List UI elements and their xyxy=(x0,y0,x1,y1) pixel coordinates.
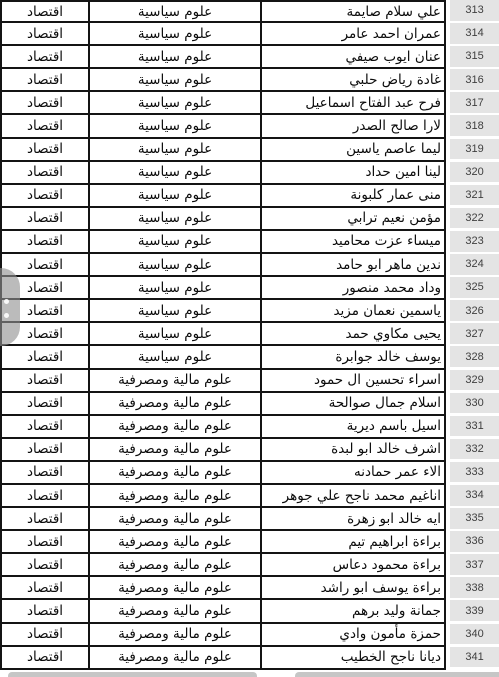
row-number-label: 334 xyxy=(450,485,499,506)
major-text: علوم مالية ومصرفية xyxy=(118,603,232,619)
major-text: علوم مالية ومصرفية xyxy=(118,395,232,411)
row-number-header[interactable]: 331 xyxy=(446,416,499,439)
student-name-text: مؤمن نعيم ترابي xyxy=(347,210,441,226)
major-cell[interactable]: علوم سياسية xyxy=(88,254,260,277)
major-text: علوم سياسية xyxy=(138,26,212,42)
major-cell[interactable]: علوم سياسية xyxy=(88,162,260,185)
row-number-header[interactable]: 318 xyxy=(446,115,499,138)
major-text: علوم مالية ومصرفية xyxy=(118,649,232,665)
major-text: علوم سياسية xyxy=(138,72,212,88)
student-name-text: ميساء عزت محاميد xyxy=(332,233,441,249)
faculty-cell[interactable]: اقتصاد xyxy=(0,46,88,69)
faculty-text: اقتصاد xyxy=(27,257,63,273)
faculty-text: اقتصاد xyxy=(27,233,63,249)
student-name-cell[interactable]: اسلام جمال صوالحة xyxy=(260,393,446,416)
drag-dot-icon xyxy=(4,313,9,318)
faculty-cell[interactable]: اقتصاد xyxy=(0,393,88,416)
row-number-header[interactable]: 320 xyxy=(446,162,499,185)
row-number-label: 341 xyxy=(450,647,499,668)
major-cell[interactable]: علوم سياسية xyxy=(88,323,260,346)
faculty-text: اقتصاد xyxy=(27,187,63,203)
student-name-text: الاء عمر حمادنه xyxy=(354,464,441,480)
faculty-text: اقتصاد xyxy=(27,141,63,157)
student-name-cell[interactable]: مؤمن نعيم ترابي xyxy=(260,208,446,231)
faculty-text: اقتصاد xyxy=(27,511,63,527)
student-name-cell[interactable]: وداد محمد منصور xyxy=(260,277,446,300)
major-cell[interactable]: علوم سياسية xyxy=(88,208,260,231)
student-name-cell[interactable]: حمزة مأمون وادي xyxy=(260,624,446,647)
faculty-text: اقتصاد xyxy=(27,580,63,596)
major-cell[interactable]: علوم مالية ومصرفية xyxy=(88,416,260,439)
row-number-label: 338 xyxy=(450,577,499,598)
faculty-text: اقتصاد xyxy=(27,26,63,42)
student-name-text: ياسمين نعمان مزيد xyxy=(333,303,441,319)
row-number-label: 320 xyxy=(450,162,499,183)
row-number-header[interactable]: 327 xyxy=(446,323,499,346)
major-cell[interactable]: علوم مالية ومصرفية xyxy=(88,577,260,600)
major-text: علوم مالية ومصرفية xyxy=(118,580,232,596)
student-name-text: ديانا ناجح الخطيب xyxy=(341,649,441,665)
row-number-header[interactable]: 335 xyxy=(446,508,499,531)
student-name-cell[interactable]: منى عمار كلبونة xyxy=(260,185,446,208)
major-text: علوم سياسية xyxy=(138,141,212,157)
row-number-header[interactable]: 340 xyxy=(446,624,499,647)
major-cell[interactable]: علوم مالية ومصرفية xyxy=(88,439,260,462)
student-name-text: اناغيم محمد ناجح علي جوهر xyxy=(283,488,441,504)
major-cell[interactable]: علوم سياسية xyxy=(88,300,260,323)
faculty-text: اقتصاد xyxy=(27,441,63,457)
faculty-text: اقتصاد xyxy=(27,280,63,296)
major-text: علوم مالية ومصرفية xyxy=(118,511,232,527)
student-name-text: لينا امين حداد xyxy=(366,164,441,180)
row-number-label: 327 xyxy=(450,323,499,344)
major-cell[interactable]: علوم سياسية xyxy=(88,277,260,300)
major-text: علوم سياسية xyxy=(138,4,212,20)
row-number-label: 321 xyxy=(450,185,499,206)
major-cell[interactable]: علوم مالية ومصرفية xyxy=(88,554,260,577)
student-name-cell[interactable]: ندين ماهر ابو حامد xyxy=(260,254,446,277)
faculty-text: اقتصاد xyxy=(27,603,63,619)
student-name-cell[interactable]: ديانا ناجح الخطيب xyxy=(260,647,446,670)
row-number-header[interactable]: 339 xyxy=(446,600,499,623)
student-name-text: عنان ايوب صيفي xyxy=(345,49,441,65)
row-number-header[interactable]: 316 xyxy=(446,69,499,92)
student-name-cell[interactable]: يوسف خالد جوابرة xyxy=(260,346,446,369)
faculty-cell[interactable]: اقتصاد xyxy=(0,416,88,439)
major-text: علوم سياسية xyxy=(138,257,212,273)
table-body: 313 علي سلام صايمة علوم سياسية اقتصاد 31… xyxy=(0,0,499,670)
major-text: علوم سياسية xyxy=(138,303,212,319)
major-cell[interactable]: علوم سياسية xyxy=(88,23,260,46)
table-row: 315 عنان ايوب صيفي علوم سياسية اقتصاد xyxy=(0,46,499,69)
row-number-header[interactable]: 313 xyxy=(446,0,499,23)
student-name-text: غادة رياض حلبي xyxy=(349,72,441,88)
row-number-label: 326 xyxy=(450,300,499,321)
row-number-label: 317 xyxy=(450,92,499,113)
major-text: علوم سياسية xyxy=(138,233,212,249)
student-name-text: جمانة وليد برهم xyxy=(352,603,441,619)
row-number-header[interactable]: 336 xyxy=(446,531,499,554)
faculty-cell[interactable]: اقتصاد xyxy=(0,554,88,577)
major-text: علوم مالية ومصرفية xyxy=(118,534,232,550)
faculty-text: اقتصاد xyxy=(27,649,63,665)
faculty-text: اقتصاد xyxy=(27,418,63,434)
faculty-text: اقتصاد xyxy=(27,303,63,319)
major-cell[interactable]: علوم سياسية xyxy=(88,92,260,115)
table-row: 338 براءة يوسف ابو راشد علوم مالية ومصرف… xyxy=(0,577,499,600)
table-row: 318 لارا صالح الصدر علوم سياسية اقتصاد xyxy=(0,115,499,138)
row-number-label: 319 xyxy=(450,139,499,160)
faculty-cell[interactable]: اقتصاد xyxy=(0,531,88,554)
student-name-text: ايه خالد ابو زهرة xyxy=(347,511,441,527)
student-name-text: براءة يوسف ابو راشد xyxy=(321,580,441,596)
student-name-cell[interactable]: فرح عبد الفتاح اسماعيل xyxy=(260,92,446,115)
faculty-cell[interactable]: اقتصاد xyxy=(0,647,88,670)
row-number-label: 331 xyxy=(450,416,499,437)
student-name-cell[interactable]: عمران احمد عامر xyxy=(260,23,446,46)
student-name-cell[interactable]: غادة رياض حلبي xyxy=(260,69,446,92)
faculty-cell[interactable]: اقتصاد xyxy=(0,577,88,600)
faculty-cell[interactable]: اقتصاد xyxy=(0,231,88,254)
faculty-cell[interactable]: اقتصاد xyxy=(0,600,88,623)
row-number-label: 316 xyxy=(450,69,499,90)
student-name-text: وداد محمد منصور xyxy=(343,280,441,296)
faculty-cell[interactable]: اقتصاد xyxy=(0,508,88,531)
major-cell[interactable]: علوم مالية ومصرفية xyxy=(88,647,260,670)
row-number-header[interactable]: 324 xyxy=(446,254,499,277)
major-cell[interactable]: علوم سياسية xyxy=(88,0,260,23)
row-number-label: 332 xyxy=(450,439,499,460)
student-name-text: اسراء تحسين ال حمود xyxy=(314,372,441,388)
row-number-label: 336 xyxy=(450,531,499,552)
row-number-header[interactable]: 315 xyxy=(446,46,499,69)
row-number-label: 318 xyxy=(450,115,499,136)
major-text: علوم سياسية xyxy=(138,326,212,342)
faculty-text: اقتصاد xyxy=(27,488,63,504)
table-row: 313 علي سلام صايمة علوم سياسية اقتصاد xyxy=(0,0,499,23)
faculty-cell[interactable]: اقتصاد xyxy=(0,0,88,23)
row-number-header[interactable]: 330 xyxy=(446,393,499,416)
row-number-header[interactable]: 332 xyxy=(446,439,499,462)
faculty-cell[interactable]: اقتصاد xyxy=(0,439,88,462)
student-name-text: ندين ماهر ابو حامد xyxy=(336,257,441,273)
table-row: 316 غادة رياض حلبي علوم سياسية اقتصاد xyxy=(0,69,499,92)
major-text: علوم سياسية xyxy=(138,95,212,111)
student-name-cell[interactable]: ياسمين نعمان مزيد xyxy=(260,300,446,323)
row-number-header[interactable]: 325 xyxy=(446,277,499,300)
student-name-cell[interactable]: براءة ابراهيم تيم xyxy=(260,531,446,554)
major-cell[interactable]: علوم مالية ومصرفية xyxy=(88,370,260,393)
faculty-text: اقتصاد xyxy=(27,326,63,342)
faculty-cell[interactable]: اقتصاد xyxy=(0,370,88,393)
major-cell[interactable]: علوم مالية ومصرفية xyxy=(88,508,260,531)
major-cell[interactable]: علوم سياسية xyxy=(88,46,260,69)
student-name-text: براءة ابراهيم تيم xyxy=(348,534,441,550)
table-row: 336 براءة ابراهيم تيم علوم مالية ومصرفية… xyxy=(0,531,499,554)
major-cell[interactable]: علوم سياسية xyxy=(88,185,260,208)
bottom-band-right xyxy=(295,672,499,677)
faculty-cell[interactable]: اقتصاد xyxy=(0,162,88,185)
row-number-label: 315 xyxy=(450,46,499,67)
faculty-text: اقتصاد xyxy=(27,72,63,88)
row-number-header[interactable]: 326 xyxy=(446,300,499,323)
student-name-text: حمزة مأمون وادي xyxy=(339,626,441,642)
faculty-text: اقتصاد xyxy=(27,118,63,134)
row-number-header[interactable]: 341 xyxy=(446,647,499,670)
faculty-cell[interactable]: اقتصاد xyxy=(0,92,88,115)
table-row: 337 براءة محمود دعاس علوم مالية ومصرفية … xyxy=(0,554,499,577)
faculty-text: اقتصاد xyxy=(27,49,63,65)
student-name-cell[interactable]: علي سلام صايمة xyxy=(260,0,446,23)
table-row: 329 اسراء تحسين ال حمود علوم مالية ومصرف… xyxy=(0,370,499,393)
major-text: علوم مالية ومصرفية xyxy=(118,372,232,388)
student-name-cell[interactable]: براءة محمود دعاس xyxy=(260,554,446,577)
student-name-cell[interactable]: عنان ايوب صيفي xyxy=(260,46,446,69)
faculty-text: اقتصاد xyxy=(27,372,63,388)
row-number-label: 335 xyxy=(450,508,499,529)
student-name-text: اشرف خالد ابو لبدة xyxy=(331,441,441,457)
table-row: 330 اسلام جمال صوالحة علوم مالية ومصرفية… xyxy=(0,393,499,416)
faculty-cell[interactable]: اقتصاد xyxy=(0,485,88,508)
student-name-cell[interactable]: اسيل باسم ديرية xyxy=(260,416,446,439)
row-number-label: 328 xyxy=(450,346,499,367)
major-text: علوم سياسية xyxy=(138,349,212,365)
faculty-text: اقتصاد xyxy=(27,210,63,226)
student-name-text: علي سلام صايمة xyxy=(347,4,441,20)
faculty-text: اقتصاد xyxy=(27,464,63,480)
faculty-cell[interactable]: اقتصاد xyxy=(0,23,88,46)
major-text: علوم سياسية xyxy=(138,210,212,226)
table-row: 340 حمزة مأمون وادي علوم مالية ومصرفية ا… xyxy=(0,624,499,647)
major-text: علوم مالية ومصرفية xyxy=(118,418,232,434)
major-cell[interactable]: علوم سياسية xyxy=(88,346,260,369)
row-number-label: 314 xyxy=(450,23,499,44)
student-name-cell[interactable]: ميساء عزت محاميد xyxy=(260,231,446,254)
row-number-header[interactable]: 337 xyxy=(446,554,499,577)
table-row: 331 اسيل باسم ديرية علوم مالية ومصرفية ا… xyxy=(0,416,499,439)
faculty-text: اقتصاد xyxy=(27,4,63,20)
table-row: 321 منى عمار كلبونة علوم سياسية اقتصاد xyxy=(0,185,499,208)
row-number-label: 325 xyxy=(450,277,499,298)
row-number-header[interactable]: 338 xyxy=(446,577,499,600)
faculty-text: اقتصاد xyxy=(27,95,63,111)
table-row: 325 وداد محمد منصور علوم سياسية اقتصاد xyxy=(0,277,499,300)
row-number-label: 329 xyxy=(450,370,499,391)
row-number-header[interactable]: 319 xyxy=(446,139,499,162)
student-name-cell[interactable]: الاء عمر حمادنه xyxy=(260,462,446,485)
table-row: 317 فرح عبد الفتاح اسماعيل علوم سياسية ا… xyxy=(0,92,499,115)
student-name-text: منى عمار كلبونة xyxy=(350,187,441,203)
row-number-header[interactable]: 314 xyxy=(446,23,499,46)
row-number-header[interactable]: 334 xyxy=(446,485,499,508)
student-name-cell[interactable]: يحيى مكاوي حمد xyxy=(260,323,446,346)
major-text: علوم سياسية xyxy=(138,280,212,296)
faculty-cell[interactable]: اقتصاد xyxy=(0,115,88,138)
row-number-label: 313 xyxy=(450,0,499,21)
major-text: علوم سياسية xyxy=(138,187,212,203)
spreadsheet-view: 313 علي سلام صايمة علوم سياسية اقتصاد 31… xyxy=(0,0,499,677)
faculty-cell[interactable]: اقتصاد xyxy=(0,69,88,92)
student-name-cell[interactable]: اناغيم محمد ناجح علي جوهر xyxy=(260,485,446,508)
major-cell[interactable]: علوم سياسية xyxy=(88,139,260,162)
table-row: 339 جمانة وليد برهم علوم مالية ومصرفية ا… xyxy=(0,600,499,623)
major-cell[interactable]: علوم مالية ومصرفية xyxy=(88,600,260,623)
fast-scroll-handle[interactable] xyxy=(0,268,20,346)
major-cell[interactable]: علوم سياسية xyxy=(88,231,260,254)
student-name-cell[interactable]: لارا صالح الصدر xyxy=(260,115,446,138)
row-number-label: 333 xyxy=(450,462,499,483)
student-name-cell[interactable]: اشرف خالد ابو لبدة xyxy=(260,439,446,462)
row-number-label: 340 xyxy=(450,624,499,645)
table-row: 324 ندين ماهر ابو حامد علوم سياسية اقتصا… xyxy=(0,254,499,277)
table-row: 314 عمران احمد عامر علوم سياسية اقتصاد xyxy=(0,23,499,46)
table-row: 326 ياسمين نعمان مزيد علوم سياسية اقتصاد xyxy=(0,300,499,323)
row-number-header[interactable]: 323 xyxy=(446,231,499,254)
table-row: 319 ليما عاصم ياسين علوم سياسية اقتصاد xyxy=(0,139,499,162)
table-row: 341 ديانا ناجح الخطيب علوم مالية ومصرفية… xyxy=(0,647,499,670)
student-name-text: اسلام جمال صوالحة xyxy=(329,395,441,411)
major-cell[interactable]: علوم سياسية xyxy=(88,115,260,138)
major-cell[interactable]: علوم مالية ومصرفية xyxy=(88,485,260,508)
row-number-header[interactable]: 321 xyxy=(446,185,499,208)
student-name-text: اسيل باسم ديرية xyxy=(347,418,441,434)
table-row: 333 الاء عمر حمادنه علوم مالية ومصرفية ا… xyxy=(0,462,499,485)
student-name-text: لارا صالح الصدر xyxy=(353,118,441,134)
major-text: علوم مالية ومصرفية xyxy=(118,441,232,457)
row-number-label: 330 xyxy=(450,393,499,414)
faculty-cell[interactable]: اقتصاد xyxy=(0,208,88,231)
faculty-cell[interactable]: اقتصاد xyxy=(0,139,88,162)
faculty-cell[interactable]: اقتصاد xyxy=(0,624,88,647)
major-cell[interactable]: علوم مالية ومصرفية xyxy=(88,624,260,647)
faculty-cell[interactable]: اقتصاد xyxy=(0,346,88,369)
major-cell[interactable]: علوم مالية ومصرفية xyxy=(88,393,260,416)
row-number-label: 337 xyxy=(450,554,499,575)
faculty-text: اقتصاد xyxy=(27,534,63,550)
major-text: علوم مالية ومصرفية xyxy=(118,464,232,480)
major-text: علوم مالية ومصرفية xyxy=(118,557,232,573)
bottom-band-left xyxy=(8,672,257,677)
student-name-cell[interactable]: ايه خالد ابو زهرة xyxy=(260,508,446,531)
table-row: 323 ميساء عزت محاميد علوم سياسية اقتصاد xyxy=(0,231,499,254)
major-cell[interactable]: علوم مالية ومصرفية xyxy=(88,531,260,554)
student-name-cell[interactable]: اسراء تحسين ال حمود xyxy=(260,370,446,393)
row-number-header[interactable]: 333 xyxy=(446,462,499,485)
table-row: 327 يحيى مكاوي حمد علوم سياسية اقتصاد xyxy=(0,323,499,346)
student-name-cell[interactable]: براءة يوسف ابو راشد xyxy=(260,577,446,600)
faculty-text: اقتصاد xyxy=(27,626,63,642)
row-number-label: 324 xyxy=(450,254,499,275)
table-row: 322 مؤمن نعيم ترابي علوم سياسية اقتصاد xyxy=(0,208,499,231)
faculty-text: اقتصاد xyxy=(27,557,63,573)
row-number-header[interactable]: 317 xyxy=(446,92,499,115)
student-name-text: براءة محمود دعاس xyxy=(333,557,441,573)
row-number-header[interactable]: 322 xyxy=(446,208,499,231)
table-row: 320 لينا امين حداد علوم سياسية اقتصاد xyxy=(0,162,499,185)
table-row: 335 ايه خالد ابو زهرة علوم مالية ومصرفية… xyxy=(0,508,499,531)
table-row: 332 اشرف خالد ابو لبدة علوم مالية ومصرفي… xyxy=(0,439,499,462)
faculty-cell[interactable]: اقتصاد xyxy=(0,462,88,485)
row-number-header[interactable]: 328 xyxy=(446,346,499,369)
faculty-text: اقتصاد xyxy=(27,349,63,365)
row-number-label: 339 xyxy=(450,600,499,621)
table-row: 334 اناغيم محمد ناجح علي جوهر علوم مالية… xyxy=(0,485,499,508)
major-cell[interactable]: علوم مالية ومصرفية xyxy=(88,462,260,485)
student-name-text: يوسف خالد جوابرة xyxy=(335,349,441,365)
student-name-cell[interactable]: لينا امين حداد xyxy=(260,162,446,185)
faculty-text: اقتصاد xyxy=(27,395,63,411)
student-name-text: يحيى مكاوي حمد xyxy=(345,326,441,342)
major-text: علوم سياسية xyxy=(138,118,212,134)
major-cell[interactable]: علوم سياسية xyxy=(88,69,260,92)
major-text: علوم مالية ومصرفية xyxy=(118,488,232,504)
student-name-text: ليما عاصم ياسين xyxy=(346,141,441,157)
row-number-header[interactable]: 329 xyxy=(446,370,499,393)
drag-dot-icon xyxy=(4,299,9,304)
row-number-label: 322 xyxy=(450,208,499,229)
row-number-label: 323 xyxy=(450,231,499,252)
major-text: علوم مالية ومصرفية xyxy=(118,626,232,642)
student-name-cell[interactable]: جمانة وليد برهم xyxy=(260,600,446,623)
student-name-cell[interactable]: ليما عاصم ياسين xyxy=(260,139,446,162)
major-text: علوم سياسية xyxy=(138,49,212,65)
faculty-cell[interactable]: اقتصاد xyxy=(0,185,88,208)
faculty-text: اقتصاد xyxy=(27,164,63,180)
table-row: 328 يوسف خالد جوابرة علوم سياسية اقتصاد xyxy=(0,346,499,369)
student-name-text: فرح عبد الفتاح اسماعيل xyxy=(305,95,441,111)
major-text: علوم سياسية xyxy=(138,164,212,180)
student-name-text: عمران احمد عامر xyxy=(342,26,441,42)
